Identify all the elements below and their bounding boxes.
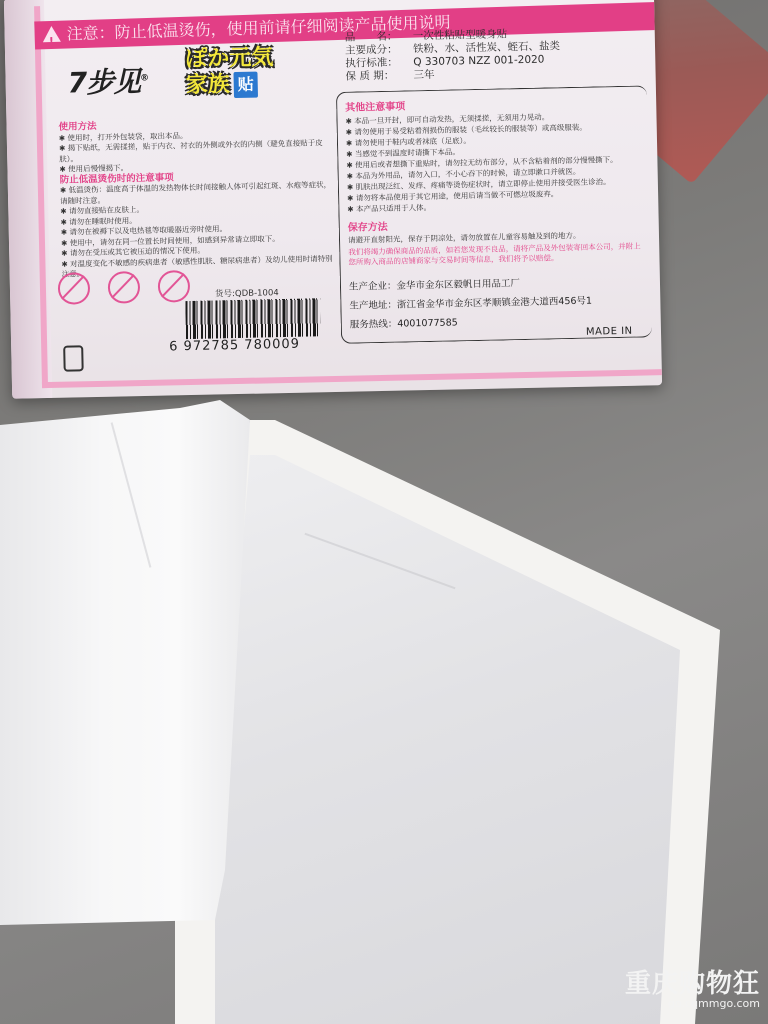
- product-logo-line1: ぽか元気: [185, 44, 321, 73]
- spec-value: 三年: [413, 69, 434, 81]
- company-value: 4001077585: [397, 317, 458, 329]
- photo-scene: 注意：防止低温烫伤，使用前请仔细阅读产品使用说明 7步见® ぽか元気 家族贴 品…: [0, 0, 768, 1024]
- company-value: 金华市金东区毅帆日用品工厂: [396, 278, 520, 292]
- watermark: 重庆购物狂 go.cqmmgo.com: [625, 970, 760, 1010]
- watermark-title: 重庆购物狂: [625, 970, 760, 998]
- no-sleep-use-icon: [58, 272, 91, 305]
- company-key: 生产企业：: [349, 281, 397, 293]
- warning-triangle-icon: [42, 26, 60, 43]
- made-in-label: MADE IN: [586, 326, 633, 338]
- no-heater-use-icon: [158, 270, 191, 303]
- spec-table: 品 名：一次性粘贴型暖身贴 主要成分：铁粉、水、活性炭、蛭石、盐类 执行标准：Q…: [345, 27, 561, 83]
- watermark-url: go.cqmmgo.com: [625, 998, 760, 1010]
- company-key: 服务热线：: [350, 319, 398, 331]
- heat-patch-package: 注意：防止低温烫伤，使用前请仔细阅读产品使用说明 7步见® ぽか元気 家族贴 品…: [4, 0, 662, 399]
- barcode-number: 6 972785 780009: [169, 337, 300, 355]
- spec-value: Q 330703 NZZ 001-2020: [413, 54, 544, 69]
- brand-logo: 7步见®: [67, 60, 148, 102]
- item-number: 货号:QDB-1004: [215, 286, 279, 299]
- barcode: [185, 298, 321, 339]
- spec-key: 保 质 期：: [345, 69, 413, 83]
- recycle-icon: [63, 345, 84, 371]
- no-direct-skin-icon: [108, 271, 141, 304]
- company-value: 浙江省金华市金东区孝顺镇金港大道西456号1: [397, 296, 592, 311]
- product-logo-line2: 家族贴: [185, 70, 321, 99]
- company-key: 生产地址：: [349, 300, 397, 312]
- brand-name: 7步见: [67, 65, 140, 100]
- product-logo: ぽか元気 家族贴: [185, 44, 321, 107]
- usage-instructions: 使用方法 使用时，打开外包装袋，取出本品。 揭下贴纸，无需揉搓，贴于内衣、衬衣的…: [58, 117, 336, 280]
- product-logo-tag: 贴: [233, 72, 258, 98]
- company-info: 生产企业：金华市金东区毅帆日用品工厂 生产地址：浙江省金华市金东区孝顺镇金港大道…: [349, 271, 652, 334]
- prohibition-icons: [58, 270, 191, 305]
- guarantee-text: 我们将竭力确保商品的品质，如若您发现不良品，请将产品及外包装寄回本公司，并附上您…: [348, 242, 642, 268]
- other-notes-box: 其他注意事项 本品一旦开封，即可自动发热，无须揉搓，无须用力晃动。 请勿使用于易…: [336, 85, 652, 343]
- spec-value: 一次性粘贴型暖身贴: [413, 28, 508, 42]
- product-logo-family: 家族: [185, 72, 230, 98]
